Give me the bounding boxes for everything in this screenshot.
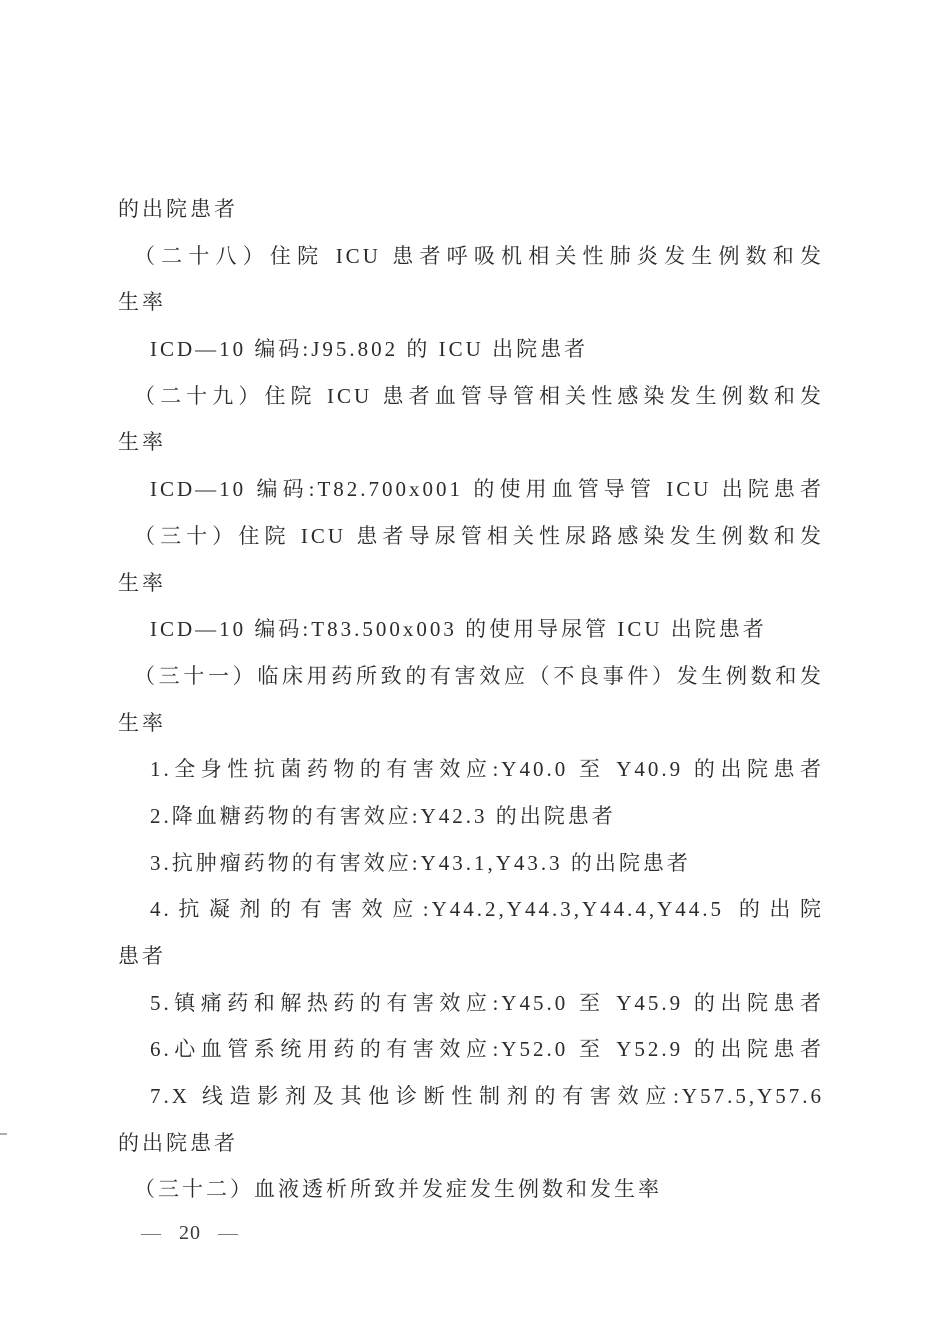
text-line: 6.心血管系统用药的有害效应:Y52.0 至 Y52.9 的出院患者	[118, 1026, 824, 1073]
text-line: （二十九）住院 ICU 患者血管导管相关性感染发生例数和发	[118, 373, 824, 420]
text-line: 的出院患者	[118, 1120, 824, 1167]
footer-dash-left: —	[141, 1222, 162, 1245]
text-line: 生率	[118, 700, 824, 747]
document-page: 的出院患者（二十八）住院 ICU 患者呼吸机相关性肺炎发生例数和发生率ICD—1…	[0, 0, 945, 1337]
text-line: 生率	[118, 279, 824, 326]
text-line: 的出院患者	[118, 186, 824, 233]
document-body: 的出院患者（二十八）住院 ICU 患者呼吸机相关性肺炎发生例数和发生率ICD—1…	[118, 186, 824, 1213]
text-line: （三十）住院 ICU 患者导尿管相关性尿路感染发生例数和发	[118, 513, 824, 560]
text-line: 7.X 线造影剂及其他诊断性制剂的有害效应:Y57.5,Y57.6	[118, 1073, 824, 1120]
text-line: ICD—10 编码:T82.700x001 的使用血管导管 ICU 出院患者	[118, 466, 824, 513]
page-footer: — 20 —	[141, 1220, 239, 1246]
text-line: ICD—10 编码:J95.802 的 ICU 出院患者	[118, 326, 824, 373]
text-line: 生率	[118, 419, 824, 466]
text-line: 4.抗凝剂的有害效应:Y44.2,Y44.3,Y44.4,Y44.5 的出院	[118, 886, 824, 933]
scan-artifact-dash	[0, 1133, 7, 1135]
text-line: 5.镇痛药和解热药的有害效应:Y45.0 至 Y45.9 的出院患者	[118, 980, 824, 1027]
text-line: （三十二）血液透析所致并发症发生例数和发生率	[118, 1166, 824, 1213]
text-line: 2.降血糖药物的有害效应:Y42.3 的出院患者	[118, 793, 824, 840]
text-line: 3.抗肿瘤药物的有害效应:Y43.1,Y43.3 的出院患者	[118, 840, 824, 887]
text-line: 患者	[118, 933, 824, 980]
text-line: ICD—10 编码:T83.500x003 的使用导尿管 ICU 出院患者	[118, 606, 824, 653]
text-line: 生率	[118, 560, 824, 607]
text-line: 1.全身性抗菌药物的有害效应:Y40.0 至 Y40.9 的出院患者	[118, 746, 824, 793]
text-line: （二十八）住院 ICU 患者呼吸机相关性肺炎发生例数和发	[118, 233, 824, 280]
footer-dash-right: —	[218, 1222, 239, 1245]
text-line: （三十一）临床用药所致的有害效应（不良事件）发生例数和发	[118, 653, 824, 700]
page-number: 20	[179, 1222, 201, 1245]
